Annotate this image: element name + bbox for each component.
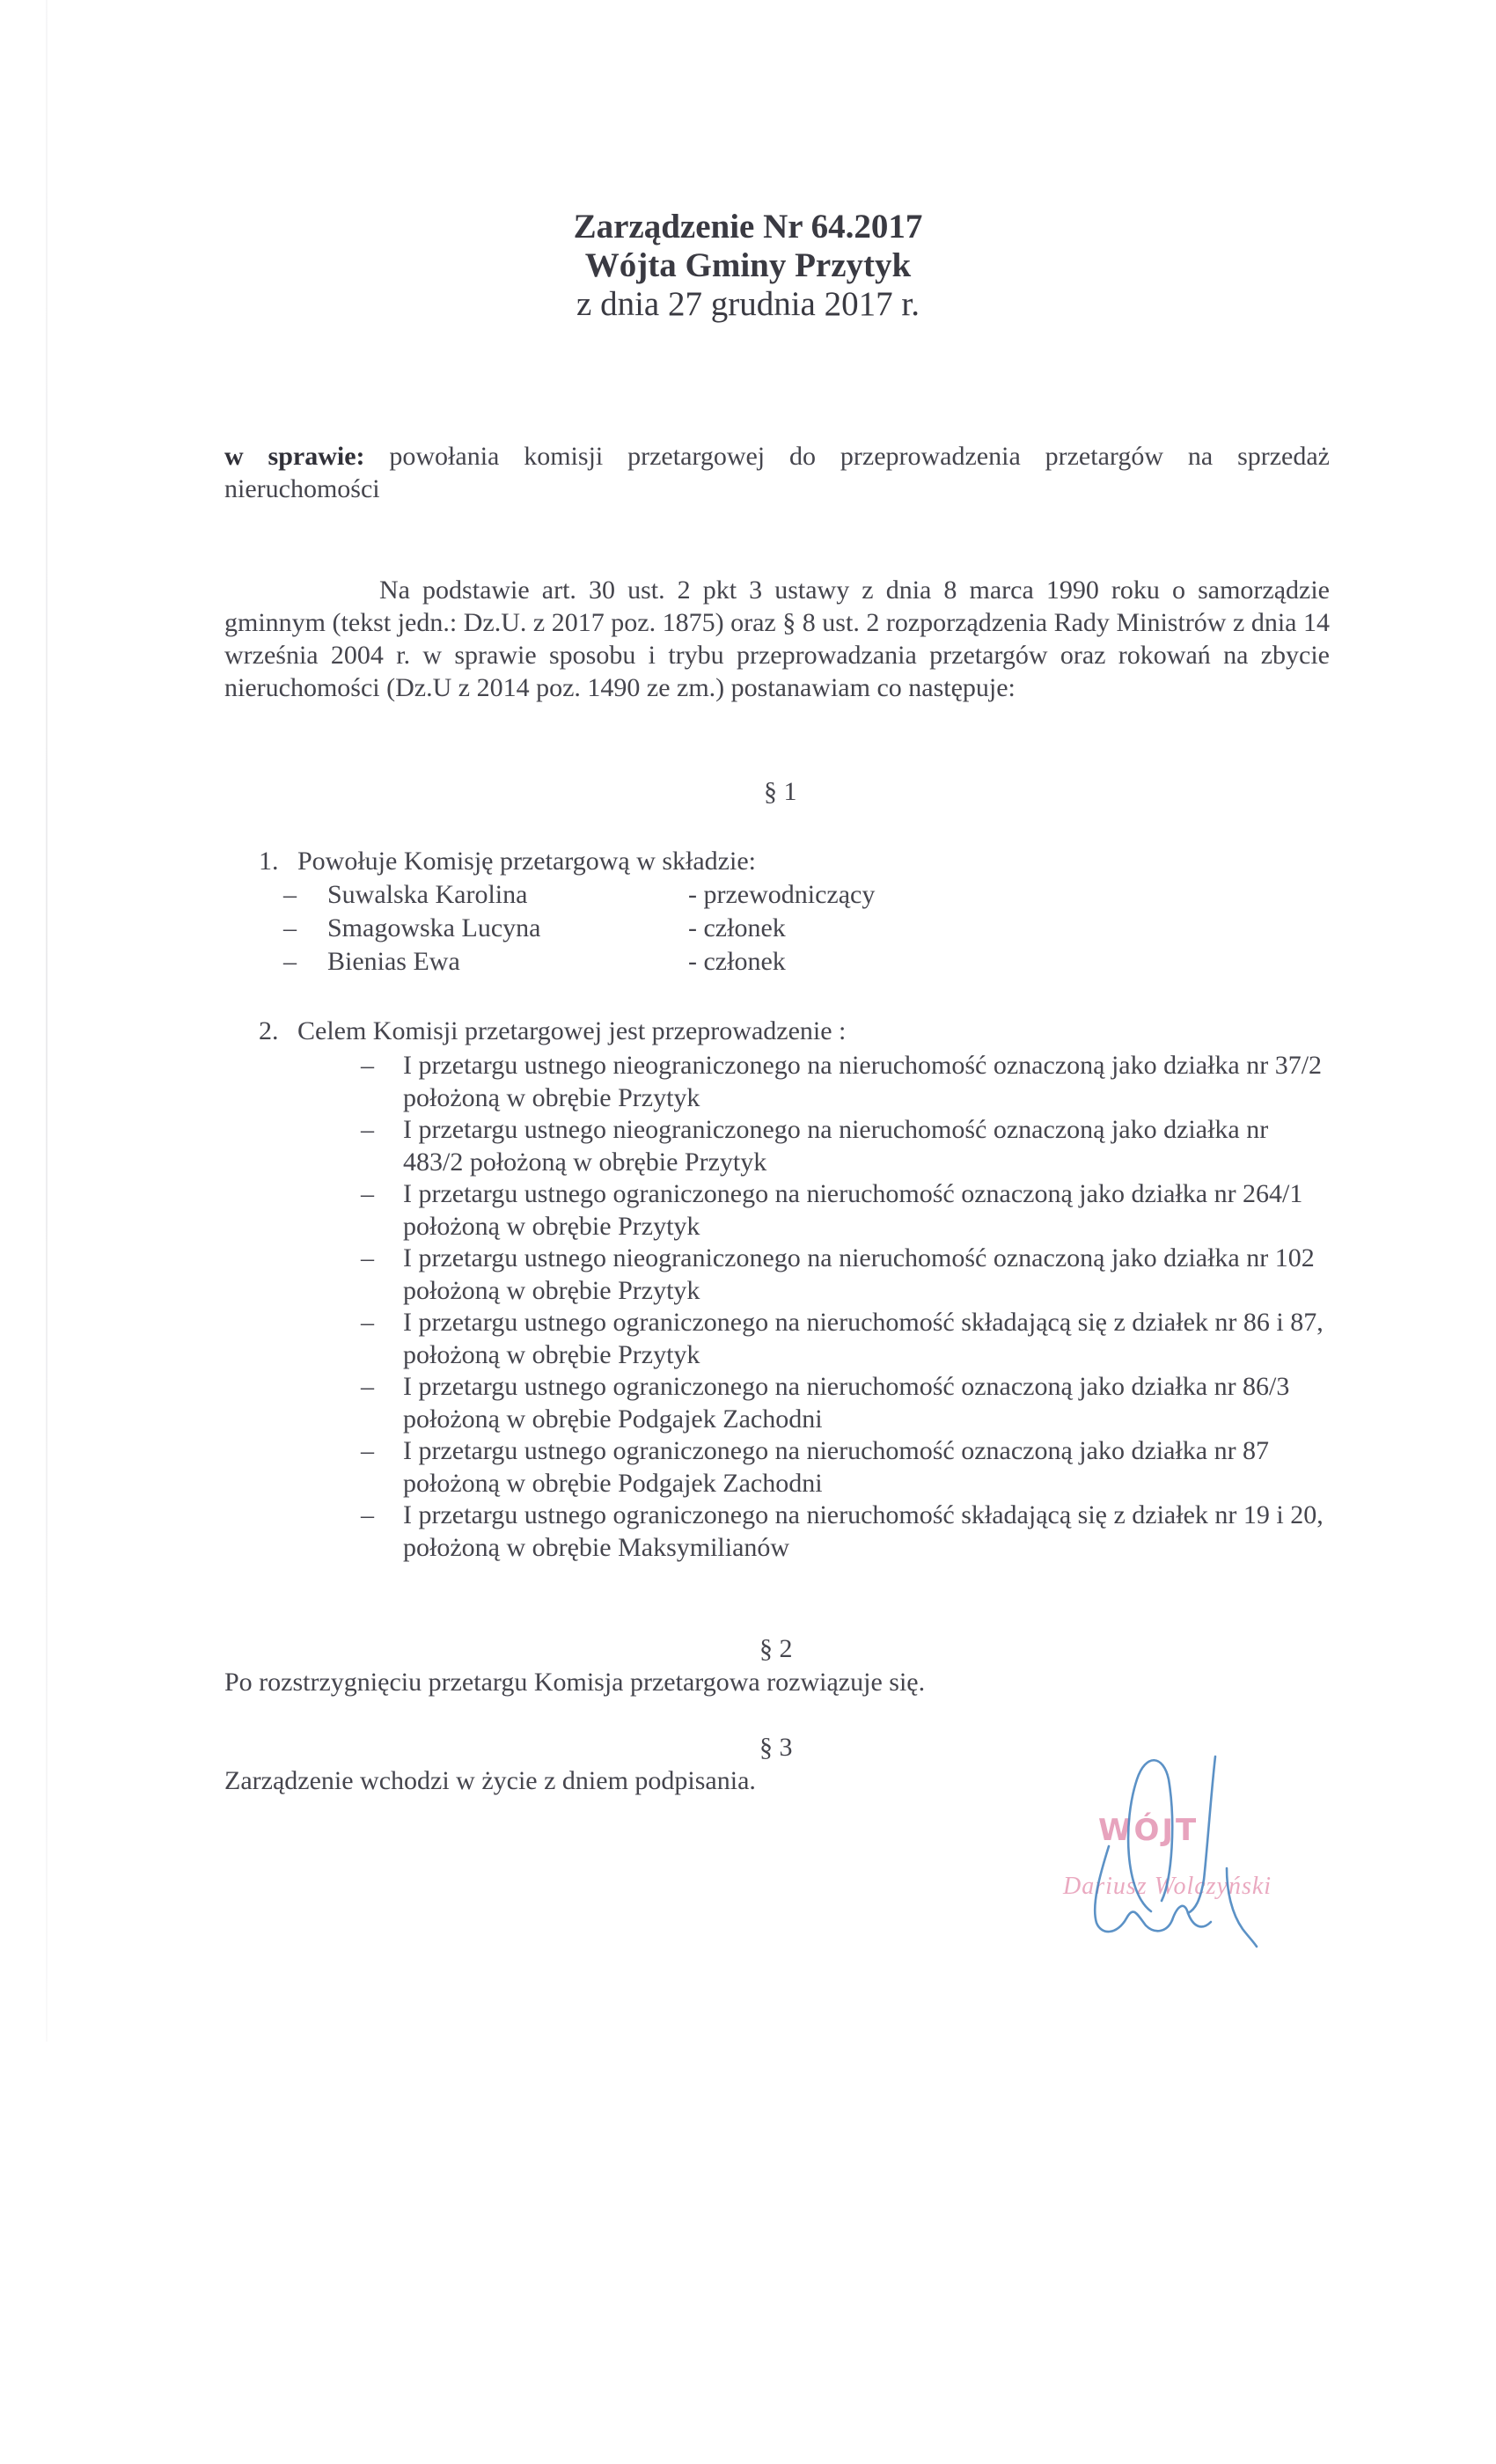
point-1-text: Powołuje Komisję przetargową w składzie: — [297, 847, 756, 876]
tender-item: – I przetargu ustnego nieograniczonego n… — [361, 1050, 1330, 1114]
document-page: Zarządzenie Nr 64.2017 Wójta Gminy Przyt… — [0, 0, 1496, 2464]
tender-text: I przetargu ustnego nieograniczonego na … — [403, 1114, 1330, 1178]
list-dash: – — [361, 1307, 403, 1371]
point-1: 1.Powołuje Komisję przetargową w składzi… — [259, 845, 756, 877]
list-dash: – — [361, 1050, 403, 1114]
tender-text: I przetargu ustnego ograniczonego na nie… — [403, 1500, 1330, 1564]
tender-item: – I przetargu ustnego ograniczonego na n… — [361, 1371, 1330, 1435]
tender-item: – I przetargu ustnego ograniczonego na n… — [361, 1178, 1330, 1243]
member-row: – Bienias Ewa - członek — [283, 945, 875, 979]
tender-item: – I przetargu ustnego ograniczonego na n… — [361, 1307, 1330, 1371]
tender-text: I przetargu ustnego ograniczonego na nie… — [403, 1435, 1330, 1500]
tender-item: – I przetargu ustnego ograniczonego na n… — [361, 1500, 1330, 1564]
tender-text: I przetargu ustnego ograniczonego na nie… — [403, 1371, 1330, 1435]
list-dash: – — [361, 1114, 403, 1178]
tender-item: – I przetargu ustnego nieograniczonego n… — [361, 1114, 1330, 1178]
point-2-number: 2. — [259, 1015, 297, 1047]
member-role: - członek — [688, 945, 786, 979]
member-row: – Suwalska Karolina - przewodniczący — [283, 878, 875, 912]
point-2-text: Celem Komisji przetargowej jest przeprow… — [297, 1016, 846, 1045]
member-role: - członek — [688, 912, 786, 945]
list-dash: – — [361, 1500, 403, 1564]
member-name: Bienias Ewa — [327, 945, 688, 979]
official-stamp-and-signature: WÓJT Dariusz Wolczyński — [1038, 1725, 1355, 1971]
list-dash: – — [361, 1178, 403, 1243]
signature-icon — [1038, 1725, 1355, 1971]
member-name: Smagowska Lucyna — [327, 912, 688, 945]
commission-members-list: – Suwalska Karolina - przewodniczący – S… — [283, 878, 875, 979]
tender-text: I przetargu ustnego ograniczonego na nie… — [403, 1307, 1330, 1371]
issuing-authority: Wójta Gminy Przytyk — [0, 246, 1496, 285]
tender-item: – I przetargu ustnego ograniczonego na n… — [361, 1435, 1330, 1500]
list-dash: – — [361, 1435, 403, 1500]
section-2-mark: § 2 — [0, 1633, 1496, 1665]
point-1-number: 1. — [259, 845, 297, 877]
list-dash: – — [361, 1243, 403, 1307]
list-dash: – — [361, 1371, 403, 1435]
list-dash: – — [283, 912, 327, 945]
member-role: - przewodniczący — [688, 878, 875, 912]
tender-text: I przetargu ustnego ograniczonego na nie… — [403, 1178, 1330, 1243]
tender-text: I przetargu ustnego nieograniczonego na … — [403, 1050, 1330, 1114]
list-dash: – — [283, 945, 327, 979]
document-title: Zarządzenie Nr 64.2017 — [0, 208, 1496, 246]
tender-list: – I przetargu ustnego nieograniczonego n… — [361, 1050, 1330, 1564]
document-date: z dnia 27 grudnia 2017 r. — [0, 285, 1496, 324]
section-2-text: Po rozstrzygnięciu przetargu Komisja prz… — [224, 1667, 925, 1698]
section-1-mark: § 1 — [0, 776, 1496, 808]
document-header: Zarządzenie Nr 64.2017 Wójta Gminy Przyt… — [0, 208, 1496, 324]
legal-basis-paragraph: Na podstawie art. 30 ust. 2 pkt 3 ustawy… — [224, 574, 1330, 704]
subject-text: powołania komisji przetargowej do przepr… — [224, 442, 1330, 503]
member-row: – Smagowska Lucyna - członek — [283, 912, 875, 945]
member-name: Suwalska Karolina — [327, 878, 688, 912]
list-dash: – — [283, 878, 327, 912]
section-3-text: Zarządzenie wchodzi w życie z dniem podp… — [224, 1765, 756, 1797]
tender-text: I przetargu ustnego nieograniczonego na … — [403, 1243, 1330, 1307]
tender-item: – I przetargu ustnego nieograniczonego n… — [361, 1243, 1330, 1307]
subject-label: w sprawie: — [224, 442, 365, 471]
point-2: 2.Celem Komisji przetargowej jest przepr… — [259, 1015, 846, 1047]
subject-paragraph: w sprawie: powołania komisji przetargowe… — [224, 440, 1330, 505]
